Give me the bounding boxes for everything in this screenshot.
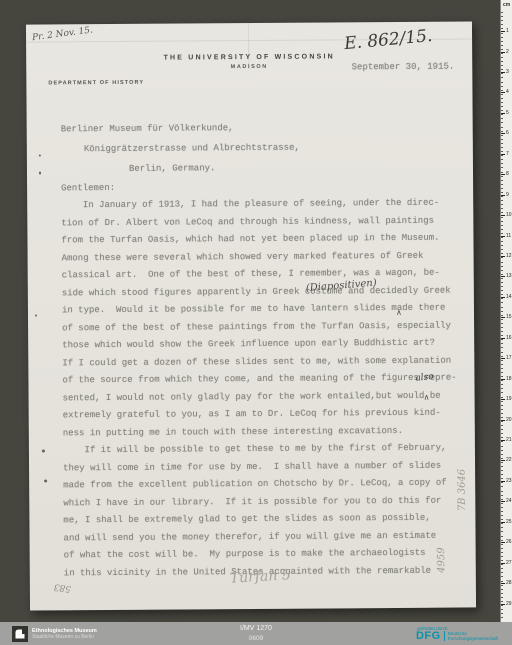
ruler-minor-tick [501,294,503,295]
ruler-minor-tick [501,503,503,504]
also-annotation: also [415,372,434,384]
ruler-major-tick [501,72,505,73]
turfan-pencil-note: Turfan 5 [229,567,291,587]
ruler-minor-tick [501,572,503,573]
ruler-minor-tick [501,172,503,173]
ruler-minor-tick [501,315,503,316]
ruler-minor-tick [501,94,503,95]
ruler-minor-tick [501,69,503,70]
ruler-number: 6 [506,130,509,136]
letter-date: September 30, 1915. [352,62,455,73]
ruler-number: 18 [506,376,512,382]
ruler-minor-tick [501,593,503,594]
ruler-minor-tick [501,327,503,328]
ruler-minor-tick [501,217,503,218]
ruler-minor-tick [501,118,503,119]
letter-body: In January of 1913, I had the pleasure o… [61,195,464,583]
ruler-minor-tick [501,609,503,610]
ruler-major-tick [501,522,505,523]
ruler-minor-tick [501,523,503,524]
ruler-minor-tick [501,77,503,78]
insert-caret: ∧ [396,308,402,317]
ruler-major-tick [501,215,505,216]
ruler-major-tick [501,195,505,196]
ruler-minor-tick [501,605,503,606]
ruler-major-tick [501,338,505,339]
ruler-major-tick [501,236,505,237]
letter-line: If it will be possible to get these to m… [63,440,463,460]
ruler-minor-tick [501,343,503,344]
ruler-minor-tick [501,360,503,361]
ruler-minor-tick [501,12,503,13]
ruler-minor-tick [501,45,503,46]
salutation: Gentlemen: [61,183,115,193]
ruler-minor-tick [501,486,503,487]
ruler-major-tick [501,154,505,155]
ruler-minor-tick [501,380,503,381]
ruler-minor-tick [501,425,503,426]
ruler-minor-tick [501,560,503,561]
letter-line: those which would show the Greek influen… [62,335,462,355]
ruler-major-tick [501,399,505,400]
ruler-minor-tick [501,531,503,532]
ruler-minor-tick [501,478,503,479]
ruler-minor-tick [501,155,503,156]
ruler-minor-tick [501,307,503,308]
ruler-number: 28 [506,580,512,586]
ruler-major-tick [501,460,505,461]
ruler-minor-tick [501,499,503,500]
ink-speck [44,479,47,482]
ruler-minor-tick [501,237,503,238]
ruler-major-tick [501,501,505,502]
ruler-minor-tick [501,131,503,132]
ruler-minor-tick [501,597,503,598]
dfg-logo: DFG [416,631,441,642]
ruler-minor-tick [501,257,503,258]
ruler-number: 9 [506,192,509,198]
ruler-minor-tick [501,466,503,467]
ruler-minor-tick [501,421,503,422]
ruler-minor-tick [501,192,503,193]
ruler-number: 13 [506,273,512,279]
ruler-minor-tick [501,188,503,189]
ruler-minor-tick [501,454,503,455]
ruler-minor-tick [501,368,503,369]
ruler-minor-tick [501,102,503,103]
ruler-minor-tick [501,135,503,136]
dfg-branding: gefördert durch DFG Deutsche Forschungsg… [416,626,498,642]
ruler-minor-tick [501,28,503,29]
ruler-major-tick [501,174,505,175]
ruler-minor-tick [501,356,503,357]
ruler-number: 29 [506,601,512,607]
recipient-line: Berliner Museum für Völkerkunde, [61,123,234,134]
ruler-number: 15 [506,314,512,320]
ruler-number: 12 [506,253,512,259]
ruler-minor-tick [501,98,503,99]
ruler-minor-tick [501,507,503,508]
ruler-minor-tick [501,200,503,201]
ruler-minor-tick [501,114,503,115]
ruler-minor-tick [501,581,503,582]
ruler-minor-tick [501,298,503,299]
ink-speck [42,449,45,452]
ruler-minor-tick [501,397,503,398]
ruler-minor-tick [501,323,503,324]
ruler-major-tick [501,133,505,134]
letter-line: in type. Would it be possible for me to … [62,300,462,320]
ruler-major-tick [501,256,505,257]
ruler-minor-tick [501,433,503,434]
ruler-minor-tick [501,458,503,459]
ruler-major-tick [501,113,505,114]
ruler-minor-tick [501,167,503,168]
ruler-minor-tick [501,470,503,471]
ruler-minor-tick [501,339,503,340]
ruler-minor-tick [501,241,503,242]
ruler-major-tick [501,31,505,32]
ruler-minor-tick [501,176,503,177]
ruler: cm 1234567891011121314151617181920212223… [500,0,512,622]
ruler-minor-tick [501,331,503,332]
ruler-minor-tick [501,519,503,520]
ruler-major-tick [501,440,505,441]
ruler-minor-tick [501,568,503,569]
letter-line: classical art. One of the best of these,… [62,265,462,285]
ruler-minor-tick [501,24,503,25]
ruler-number: 3 [506,69,509,75]
letter-line: of the source from which they come, and … [62,370,462,390]
ruler-minor-tick [501,409,503,410]
ruler-minor-tick [501,229,503,230]
ruler-minor-tick [501,282,503,283]
ruler-minor-tick [501,16,503,17]
ruler-minor-tick [501,122,503,123]
ruler-minor-tick [501,536,503,537]
ruler-major-tick [501,358,505,359]
ruler-number: 19 [506,396,512,402]
ruler-minor-tick [501,33,503,34]
ruler-minor-tick [501,515,503,516]
ruler-number: 17 [506,355,512,361]
rotated-page-number: 583 [53,581,71,593]
ruler-minor-tick [501,413,503,414]
ruler-minor-tick [501,527,503,528]
ruler-minor-tick [501,364,503,365]
ruler-minor-tick [501,347,503,348]
letter-line: me, I shall be extremely glad to get the… [63,510,463,530]
ruler-minor-tick [501,278,503,279]
ruler-minor-tick [501,266,503,267]
ruler-minor-tick [501,225,503,226]
ruler-number: 5 [506,110,509,116]
ruler-minor-tick [501,159,503,160]
ruler-minor-tick [501,61,503,62]
ruler-minor-tick [501,143,503,144]
ruler-minor-tick [501,482,503,483]
ruler-minor-tick [501,82,503,83]
letter-line: extremely grateful to you, as I am to Dr… [63,405,463,425]
ruler-minor-tick [501,335,503,336]
ink-speck [35,314,37,316]
ink-speck [39,154,41,156]
ruler-minor-tick [501,540,503,541]
ruler-minor-tick [501,204,503,205]
ruler-minor-tick [501,474,503,475]
ruler-number: 22 [506,457,512,463]
ruler-minor-tick [501,245,503,246]
ruler-minor-tick [501,73,503,74]
ruler-number: 14 [506,294,512,300]
ruler-minor-tick [501,106,503,107]
letter-document: Pr. 2 Nov. 15. THE UNIVERSITY OF WISCONS… [26,21,476,610]
ruler-minor-tick [501,53,503,54]
ruler-major-tick [501,420,505,421]
ruler-minor-tick [501,270,503,271]
ruler-minor-tick [501,450,503,451]
ruler-major-tick [501,276,505,277]
ruler-number: 21 [506,437,512,443]
ruler-minor-tick [501,576,503,577]
letter-line: In January of 1913, I had the pleasure o… [61,195,461,215]
ruler-number: 25 [506,519,512,525]
ruler-minor-tick [501,57,503,58]
ruler-minor-tick [501,417,503,418]
ruler-minor-tick [501,491,503,492]
funder-name-line2: Forschungsgemeinschaft [448,636,498,641]
ruler-minor-tick [501,392,503,393]
ruler-minor-tick [501,249,503,250]
margin-number-lower: 4959 [436,540,447,580]
ruler-minor-tick [501,290,503,291]
ruler-minor-tick [501,180,503,181]
ruler-number: 24 [506,498,512,504]
ruler-number: 1 [506,28,509,34]
ruler-number: 4 [506,89,509,95]
ruler-number: 7 [506,151,509,157]
ink-speck [39,171,41,174]
ruler-number: 10 [506,212,512,218]
ruler-minor-tick [501,384,503,385]
ruler-minor-tick [501,495,503,496]
ruler-minor-tick [501,208,503,209]
ruler-minor-tick [501,617,503,618]
ruler-major-tick [501,379,505,380]
letter-line: from the Turfan Oasis, which had not yet… [61,230,461,250]
ruler-minor-tick [501,376,503,377]
ruler-minor-tick [501,319,503,320]
ruler-number: 11 [506,233,511,239]
ruler-major-tick [501,297,505,298]
footer-bar: Ethnologisches Museum Staatliche Museen … [0,622,512,645]
ruler-major-tick [501,583,505,584]
ruler-number: 2 [506,49,509,55]
letter-line: of what the cost will be. My purpose is … [64,545,464,565]
ruler-minor-tick [501,65,503,66]
ruler-number: 27 [506,560,512,566]
ruler-major-tick [501,542,505,543]
paper-crease [248,23,249,69]
ruler-major-tick [501,563,505,564]
scan-viewer: Pr. 2 Nov. 15. THE UNIVERSITY OF WISCONS… [0,0,512,645]
ruler-minor-tick [501,262,503,263]
margin-number-upper: 7B 3646 [457,460,468,520]
ruler-minor-tick [501,511,503,512]
ruler-minor-tick [501,548,503,549]
ruler-minor-tick [501,405,503,406]
ruler-major-tick [501,92,505,93]
ruler-minor-tick [501,184,503,185]
ruler-minor-tick [501,139,503,140]
ruler-minor-tick [501,429,503,430]
ruler-minor-tick [501,352,503,353]
ruler-minor-tick [501,163,503,164]
ruler-minor-tick [501,274,503,275]
ruler-minor-tick [501,286,503,287]
ruler-minor-tick [501,552,503,553]
ruler-minor-tick [501,556,503,557]
recipient-line: Königgrätzerstrasse und Albrechtstrasse, [84,143,300,155]
file-number-annotation: E. 862/15. [343,26,433,54]
ruler-minor-tick [501,437,503,438]
ruler-minor-tick [501,585,503,586]
ruler-number: 20 [506,417,512,423]
ruler-minor-tick [501,544,503,545]
ruler-number: 23 [506,478,512,484]
letter-line: made from the excellent publication on C… [63,475,463,495]
ruler-minor-tick [501,446,503,447]
ruler-minor-tick [501,49,503,50]
ruler-major-tick [501,52,505,53]
dfg-divider [444,631,445,641]
ruler-minor-tick [501,613,503,614]
ruler-major-tick [501,481,505,482]
ruler-minor-tick [501,221,503,222]
ruler-minor-tick [501,233,503,234]
ruler-minor-tick [501,589,503,590]
ruler-minor-tick [501,20,503,21]
ruler-minor-tick [501,401,503,402]
ruler-number: 16 [506,335,512,341]
ruler-minor-tick [501,212,503,213]
letterhead-department: DEPARTMENT OF HISTORY [48,80,144,87]
ruler-minor-tick [501,441,503,442]
ruler-minor-tick [501,41,503,42]
ruler-minor-tick [501,372,503,373]
ruler-number: 26 [506,539,512,545]
ruler-minor-tick [501,196,503,197]
ruler-minor-tick [501,110,503,111]
ruler-minor-tick [501,311,503,312]
ruler-major-tick [501,604,505,605]
ruler-minor-tick [501,253,503,254]
ruler-minor-tick [501,564,503,565]
recipient-line: Berlin, Germany. [129,163,215,174]
ruler-minor-tick [501,90,503,91]
ruler-unit-label: cm [503,2,510,8]
ruler-minor-tick [501,86,503,87]
ruler-major-tick [501,317,505,318]
ruler-minor-tick [501,388,503,389]
ruler-minor-tick [501,151,503,152]
insert-caret: ∧ [424,393,430,402]
ruler-number: 8 [506,171,509,177]
ruler-minor-tick [501,462,503,463]
ruler-minor-tick [501,601,503,602]
ruler-minor-tick [501,147,503,148]
ruler-minor-tick [501,127,503,128]
ruler-minor-tick [501,37,503,38]
ruler-minor-tick [501,302,503,303]
